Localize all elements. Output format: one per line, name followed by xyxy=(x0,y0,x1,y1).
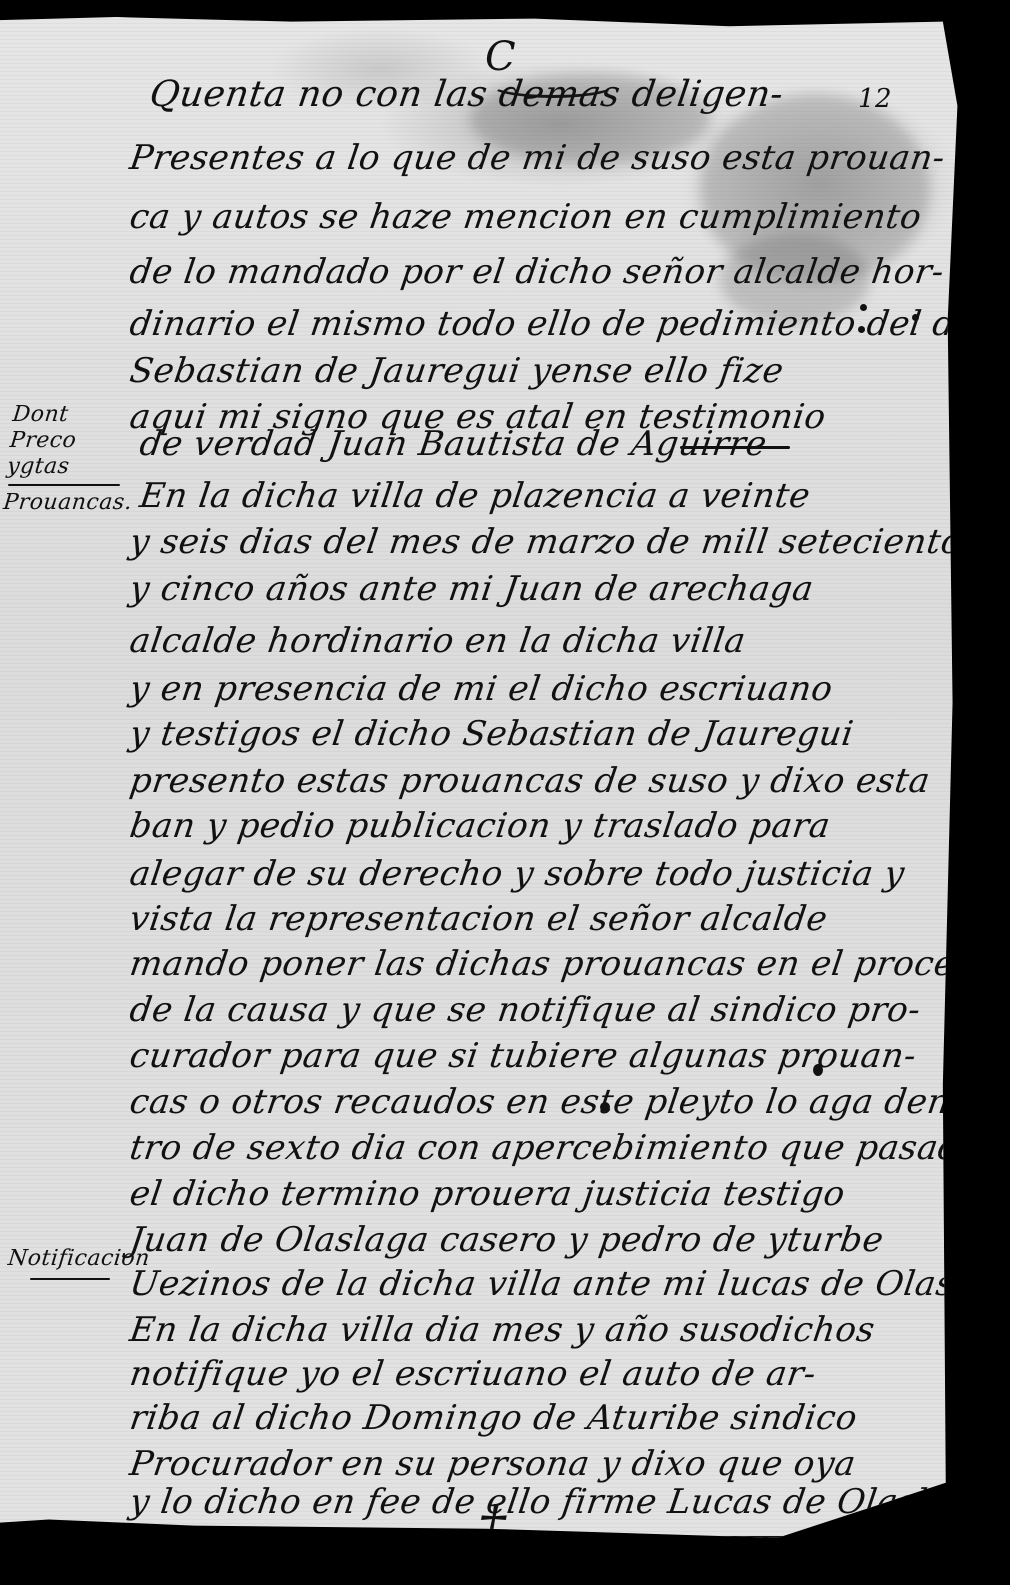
body-line: alcalde hordinario en la dicha villa xyxy=(127,621,748,661)
margin-note-line: Prouancas. xyxy=(2,490,125,516)
body-line: mando poner las dichas prouancas en el p… xyxy=(127,944,996,984)
body-line: de lo mandado por el dicho señor alcalde… xyxy=(127,252,947,292)
body-line: y seis dias del mes de marzo de mill set… xyxy=(127,522,983,562)
body-line: En la dicha villa de plazencia a veinte xyxy=(137,476,813,516)
ink-spot xyxy=(600,1102,610,1112)
body-line: Uezinos de la dicha villa ante mi lucas … xyxy=(127,1264,1010,1304)
body-line: y en presencia de mi el dicho escriuano xyxy=(127,669,835,709)
body-line: curador para que si tubiere algunas prou… xyxy=(127,1036,919,1076)
body-line: ban y pedio publicacion y traslado para xyxy=(127,806,833,846)
ink-spot xyxy=(912,314,919,321)
ink-spot xyxy=(860,304,867,311)
body-line: y lo dicho en fee de ello firme Lucas de… xyxy=(127,1482,994,1522)
body-line: de verdad Juan Bautista de Aguirre xyxy=(137,424,769,464)
body-line: ca y autos se haze mencion en cumplimien… xyxy=(127,197,924,237)
body-line: y cinco años ante mi Juan de arechaga xyxy=(127,569,816,609)
ink-spot xyxy=(858,326,865,333)
ink-spot xyxy=(813,1064,823,1076)
body-line: cas o otros recaudos en este pleyto lo a… xyxy=(127,1082,965,1122)
body-line: el dicho termino prouera justicia testig… xyxy=(127,1174,847,1214)
margin-note-provancas: Dont Preco ygtas Prouancas. xyxy=(2,402,134,516)
body-line: Presentes a lo que de mi de suso esta pr… xyxy=(127,138,947,178)
margin-note-notificacion: Notificacion xyxy=(7,1246,130,1272)
margin-note-underline xyxy=(30,1278,110,1280)
manuscript-page: C 12 Dont Preco ygtas Prouancas. Notific… xyxy=(0,14,972,1544)
body-line: Procurador en su persona y dixo que oya xyxy=(127,1444,858,1484)
body-line: Juan de Olaslaga casero y pedro de yturb… xyxy=(127,1220,886,1260)
body-line: presento estas prouancas de suso y dixo … xyxy=(127,761,932,801)
body-line: notifique yo el escriuano el auto de ar- xyxy=(127,1354,819,1394)
margin-note-line: Dont xyxy=(11,402,134,428)
line-filler-stroke xyxy=(680,446,790,449)
body-line: de la causa y que se notifique al sindic… xyxy=(127,990,923,1030)
body-line: dinario el mismo todo ello de pedimiento… xyxy=(127,304,1010,344)
closing-rule xyxy=(125,1536,855,1539)
margin-note-line: Notificacion xyxy=(7,1246,130,1272)
body-line: tro de sexto dia con apercebimiento que … xyxy=(127,1128,984,1168)
body-line: y testigos el dicho Sebastian de Jauregu… xyxy=(127,714,856,754)
margin-note-line: Preco ygtas xyxy=(6,428,131,480)
body-line: riba al dicho Domingo de Aturibe sindico xyxy=(127,1398,860,1438)
body-line: Sebastian de Jauregui yense ello fize xyxy=(127,351,786,391)
margin-note-underline xyxy=(8,484,120,486)
body-line: alegar de su derecho y sobre todo justic… xyxy=(127,854,907,894)
body-line: Quenta no con las demas deligen- xyxy=(147,74,786,115)
body-line: En la dicha villa dia mes y año susodich… xyxy=(127,1310,877,1350)
folio-number: 12 xyxy=(858,84,892,114)
body-line: vista la representacion el señor alcalde xyxy=(127,899,830,939)
signature-rubric: † xyxy=(478,1494,507,1559)
